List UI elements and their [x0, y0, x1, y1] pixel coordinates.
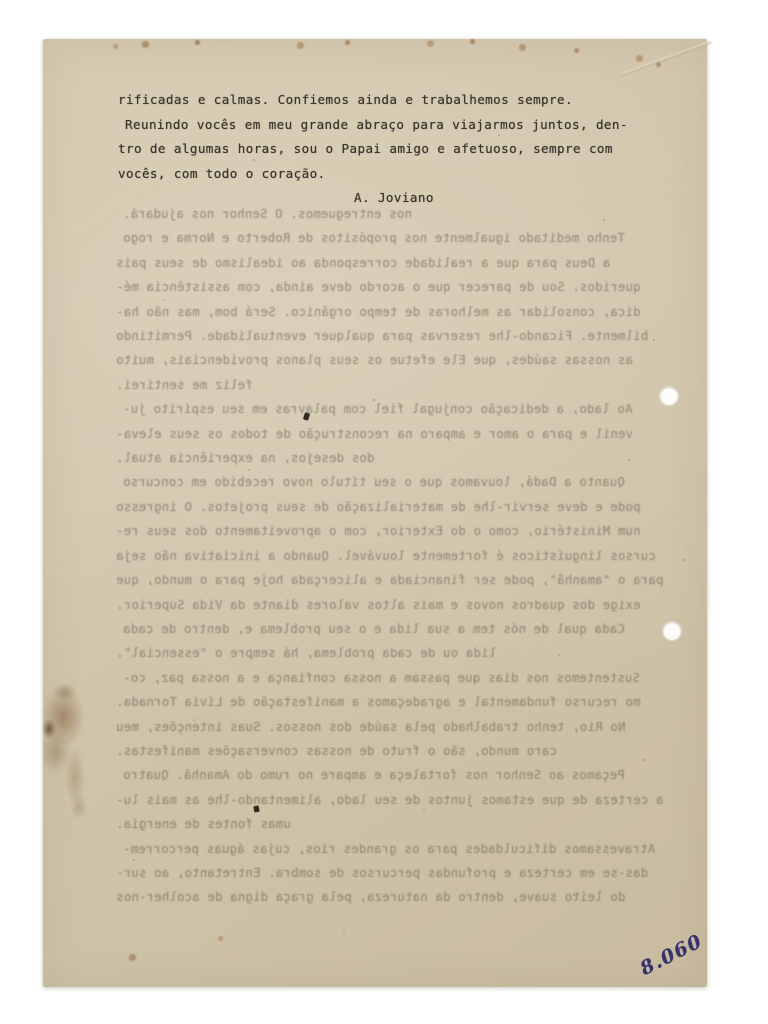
bleedthrough-line: para o "amanhã", pode ser financiada e a…	[116, 568, 663, 592]
hole-punch-top	[660, 387, 678, 405]
bleedthrough-line: exige dos quadros novos e mais altos val…	[116, 593, 641, 617]
bleedthrough-line: as nossas saúdes, que Ele efetue os seus…	[116, 348, 633, 372]
verso-bleedthrough-text: nos entreguemos. O Senhor nos ajudará.Te…	[116, 202, 661, 910]
bleedthrough-line: dos desejos, na experiência atual.	[116, 446, 375, 470]
bleedthrough-line: mo recurso fundamental e agradeçamos a m…	[116, 690, 641, 714]
ink-speck	[253, 806, 259, 813]
letter-paper: nos entreguemos. O Senhor nos ajudará.Te…	[43, 39, 707, 987]
corner-crease	[620, 41, 711, 77]
bleedthrough-line: do leito suave, dentro da natureza, pela…	[116, 885, 625, 909]
bleedthrough-line: pode e deve servir-lhe de materialização…	[116, 495, 641, 519]
typed-line: tro de algumas horas, sou o Papai amigo …	[118, 137, 658, 162]
bleedthrough-line: No Rio, tenho trabalhado pela saúde dos …	[116, 715, 625, 739]
bleedthrough-line: dica, consolidar as melhoras de tempo or…	[116, 300, 641, 324]
typed-line: vocês, com todo o coração.	[118, 162, 658, 187]
typed-line: Reunindo vocês em meu grande abraço para…	[118, 113, 658, 138]
bleedthrough-line: Quanto a Dadá, louvamos que o seu título…	[123, 470, 625, 494]
bleedthrough-line: venil e para o amor e amparo na reconstr…	[116, 422, 633, 446]
catalog-number: 8.060	[637, 930, 707, 980]
bleedthrough-line: umas fontes de energia.	[116, 812, 291, 836]
paper-speckles	[43, 39, 45, 41]
bleedthrough-line: a certeza de que estamos juntos de seu l…	[116, 788, 663, 812]
typed-lines: rificadas e calmas. Confiemos ainda e tr…	[118, 88, 658, 186]
bleedthrough-line: caro mundo, são o fruto de nossas conver…	[116, 739, 557, 763]
bleedthrough-line: Sustentemos nos dias que passam a nossa …	[123, 666, 640, 690]
signature: A. Joviano	[354, 190, 434, 205]
bleedthrough-line: das-se em certeza e profundas percursos …	[116, 861, 648, 885]
bleedthrough-line: Tenho meditado igualmente nos propósitos…	[123, 226, 625, 250]
bleedthrough-line: Ao lado, a dedicação conjugal fiel com p…	[123, 397, 632, 421]
bleedthrough-line: num Ministério, como o do Exterior, com …	[116, 519, 641, 543]
edge-stain	[43, 657, 123, 832]
bleedthrough-line: bilmente. Ficando-lhe reservas para qual…	[116, 324, 648, 348]
bleedthrough-line: Atravessamos dificuldades para os grande…	[123, 837, 655, 861]
bleedthrough-line: Cada qual de nós tem a sua lida e o seu …	[123, 617, 625, 641]
signature-line: A. Joviano	[118, 186, 658, 211]
bleedthrough-line: a Deus para que a realidade corresponda …	[116, 251, 610, 275]
foxing-spots	[23, 19, 28, 24]
bleedthrough-line: Peçamos ao Senhor nos fortaleça e ampare…	[123, 763, 625, 787]
typed-text-block: rificadas e calmas. Confiemos ainda e tr…	[118, 88, 658, 211]
typed-line: rificadas e calmas. Confiemos ainda e tr…	[118, 88, 658, 113]
hole-punch-bottom	[663, 622, 681, 640]
bleedthrough-line: queridos. Sou de parecer que o acordo de…	[116, 275, 641, 299]
bleedthrough-line: cursos linguísticos é fortemente louváve…	[116, 544, 656, 568]
bleedthrough-line: feliz me sentirei.	[116, 373, 253, 397]
bleedthrough-line: lida ou de cada problema, há sempre o "e…	[116, 641, 496, 665]
